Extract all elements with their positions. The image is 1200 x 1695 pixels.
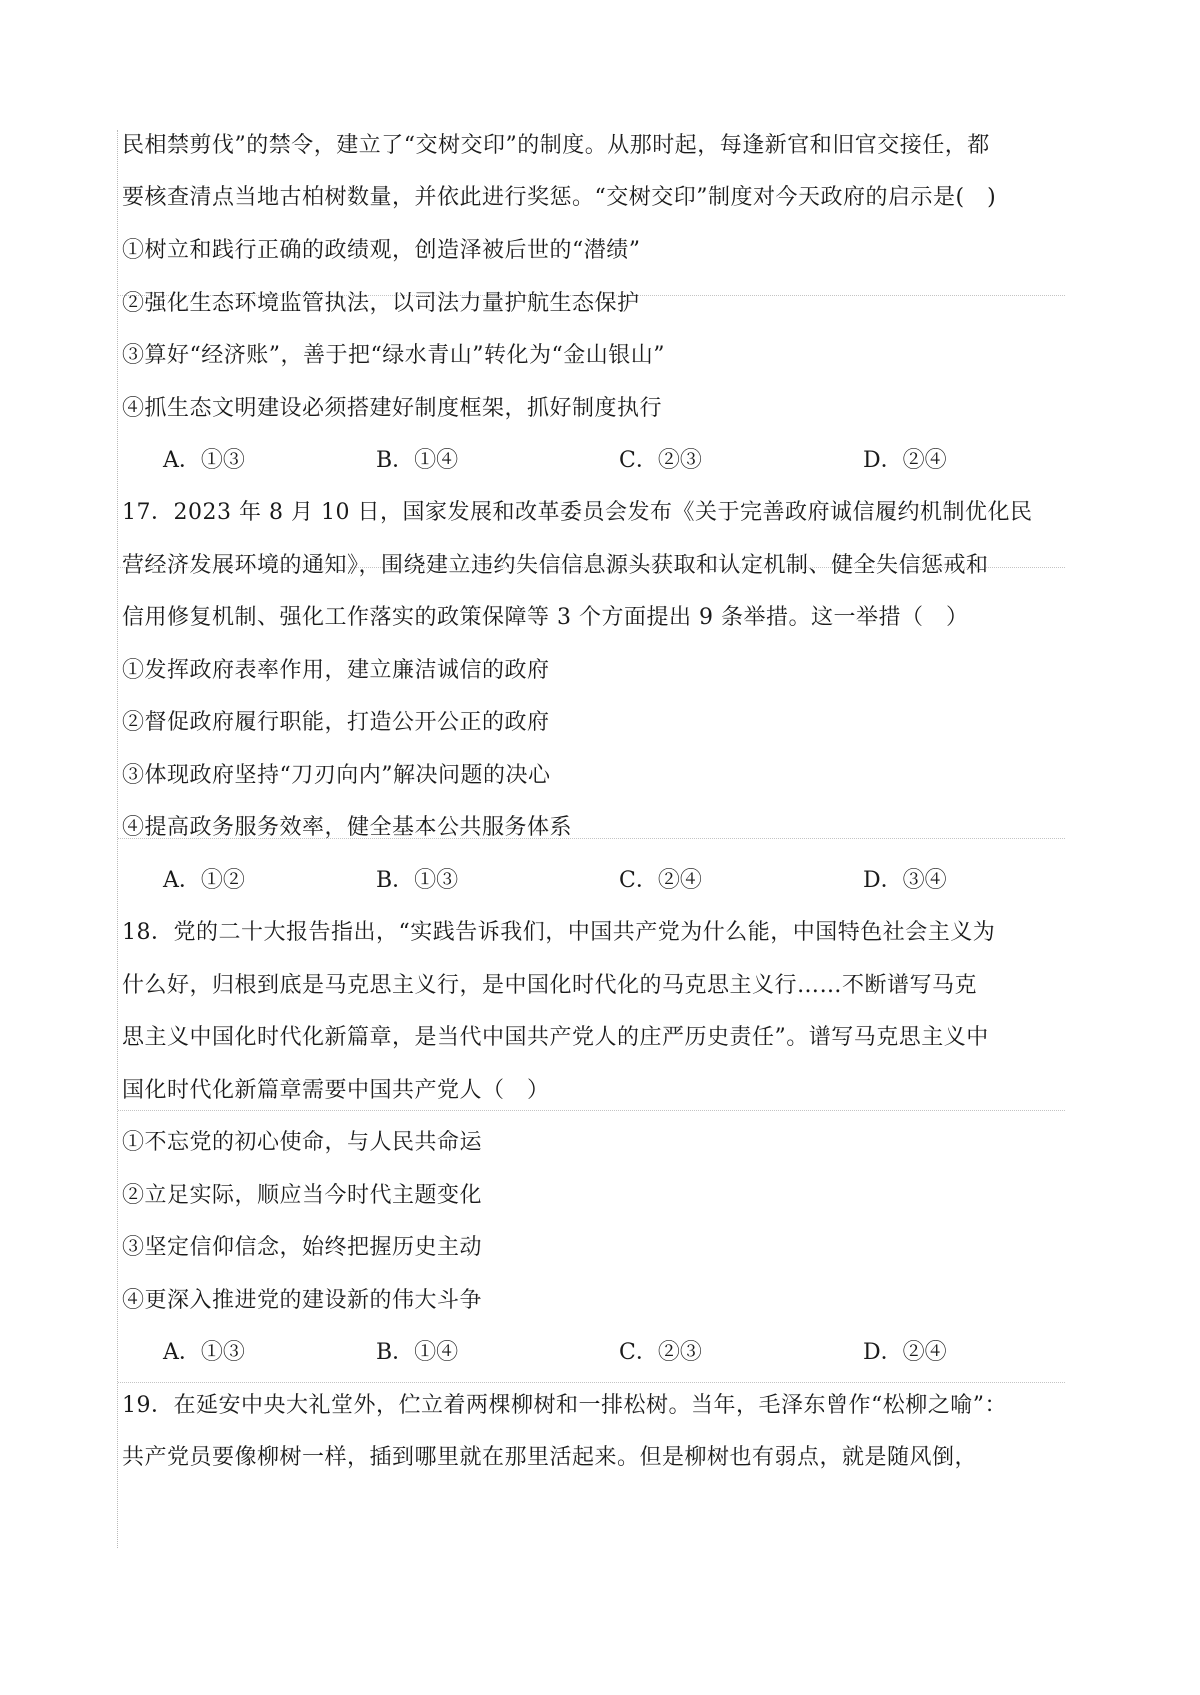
option-d[interactable]: D．②④ [863, 1338, 947, 1368]
question-stem-line: 共产党员要像柳树一样，插到哪里就在那里活起来。但是柳树也有弱点，就是随风倒， [122, 1443, 977, 1473]
statement-3: ③坚定信仰信念，始终把握历史主动 [122, 1233, 482, 1263]
option-c[interactable]: C．②④ [619, 866, 702, 896]
question-stem-line: 什么好，归根到底是马克思主义行，是中国化时代化的马克思主义行……不断谱写马克 [122, 971, 977, 1001]
statement-4: ④提高政务服务效率，健全基本公共服务体系 [122, 813, 572, 843]
question-stem-line: 17．2023 年 8 月 10 日，国家发展和改革委员会发布《关于完善政府诚信… [122, 498, 1032, 528]
option-c[interactable]: C．②③ [619, 446, 702, 476]
option-a[interactable]: A．①② [163, 866, 245, 896]
option-d[interactable]: D．③④ [863, 866, 947, 896]
statement-2: ②强化生态环境监管执法，以司法力量护航生态保护 [122, 289, 640, 319]
statement-1: ①发挥政府表率作用，建立廉洁诚信的政府 [122, 656, 550, 686]
question-stem-line: 要核查清点当地古柏树数量，并依此进行奖惩。“交树交印”制度对今天政府的启示是( … [122, 183, 996, 213]
statement-3: ③体现政府坚持“刀刃向内”解决问题的决心 [122, 761, 551, 791]
dotted-separator [118, 1382, 1065, 1383]
dotted-separator [118, 1110, 1065, 1111]
question-stem-line: 18．党的二十大报告指出，“实践告诉我们，中国共产党为什么能，中国特色社会主义为 [122, 918, 995, 948]
question-stem-line: 思主义中国化时代化新篇章，是当代中国共产党人的庄严历史责任”。谱写马克思主义中 [122, 1023, 989, 1053]
statement-2: ②立足实际，顺应当今时代主题变化 [122, 1181, 482, 1211]
statement-1: ①树立和践行正确的政绩观，创造泽被后世的“潜绩” [122, 236, 641, 266]
statement-4: ④更深入推进党的建设新的伟大斗争 [122, 1286, 482, 1316]
statement-2: ②督促政府履行职能，打造公开公正的政府 [122, 708, 550, 738]
statement-1: ①不忘党的初心使命，与人民共命运 [122, 1128, 482, 1158]
option-d[interactable]: D．②④ [863, 446, 947, 476]
question-stem-line: 国化时代化新篇章需要中国共产党人（ ） [122, 1076, 550, 1106]
option-a[interactable]: A．①③ [163, 1338, 245, 1368]
question-stem-line: 信用修复机制、强化工作落实的政策保障等 3 个方面提出 9 条举措。这一举措（ … [122, 603, 968, 633]
left-margin-guide [117, 130, 118, 1548]
question-stem-line: 19．在延安中央大礼堂外，伫立着两棵柳树和一排松树。当年，毛泽东曾作“松柳之喻”… [122, 1391, 1007, 1421]
option-b[interactable]: B．①③ [376, 866, 458, 896]
question-stem-line: 营经济发展环境的通知》，围绕建立违约失信信息源头获取和认定机制、健全失信惩戒和 [122, 551, 989, 581]
statement-4: ④抓生态文明建设必须搭建好制度框架，抓好制度执行 [122, 394, 662, 424]
option-c[interactable]: C．②③ [619, 1338, 702, 1368]
question-stem-line: 民相禁剪伐”的禁令，建立了“交树交印”的制度。从那时起，每逢新官和旧官交接任，都 [122, 131, 990, 161]
option-b[interactable]: B．①④ [376, 1338, 458, 1368]
option-a[interactable]: A．①③ [163, 446, 245, 476]
option-b[interactable]: B．①④ [376, 446, 458, 476]
statement-3: ③算好“经济账”，善于把“绿水青山”转化为“金山银山” [122, 341, 665, 371]
